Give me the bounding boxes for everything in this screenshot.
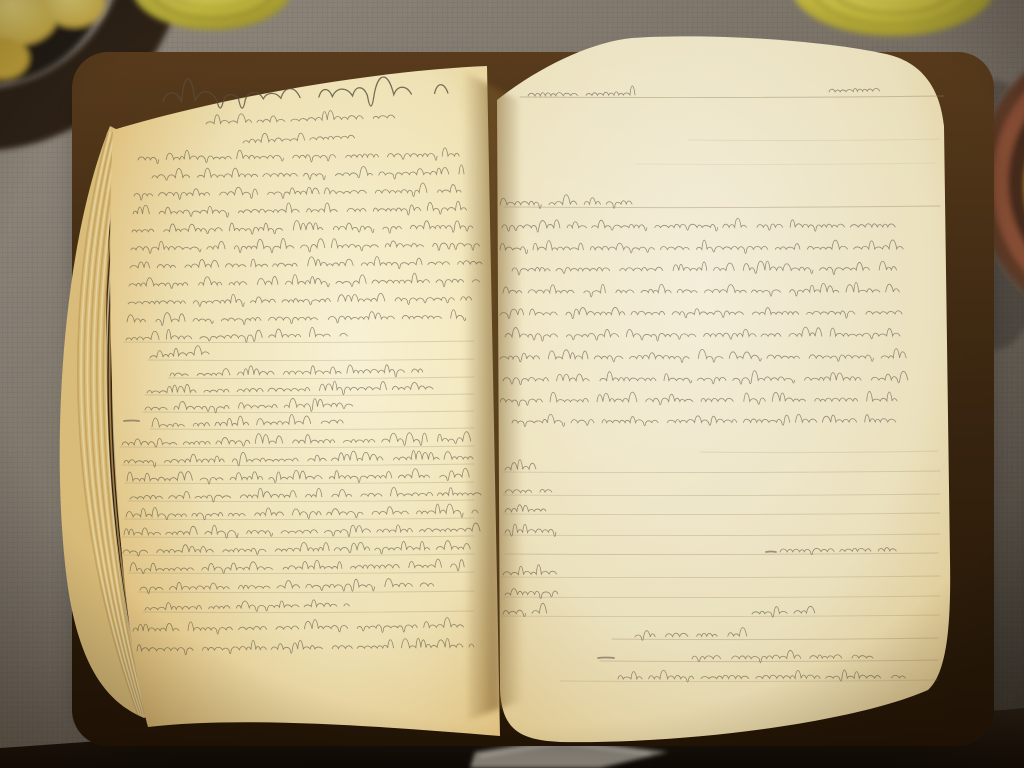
photograph: Top-down photograph of an open vintage j… [0, 0, 1024, 768]
left-page [110, 66, 500, 736]
right-page-dash-mark [598, 658, 614, 659]
scene-canvas [0, 0, 1024, 768]
book-spine-gutter [462, 70, 524, 720]
left-page-dash-mark [124, 421, 139, 422]
right-page [497, 36, 950, 742]
right-page-dash-mark [766, 552, 776, 553]
